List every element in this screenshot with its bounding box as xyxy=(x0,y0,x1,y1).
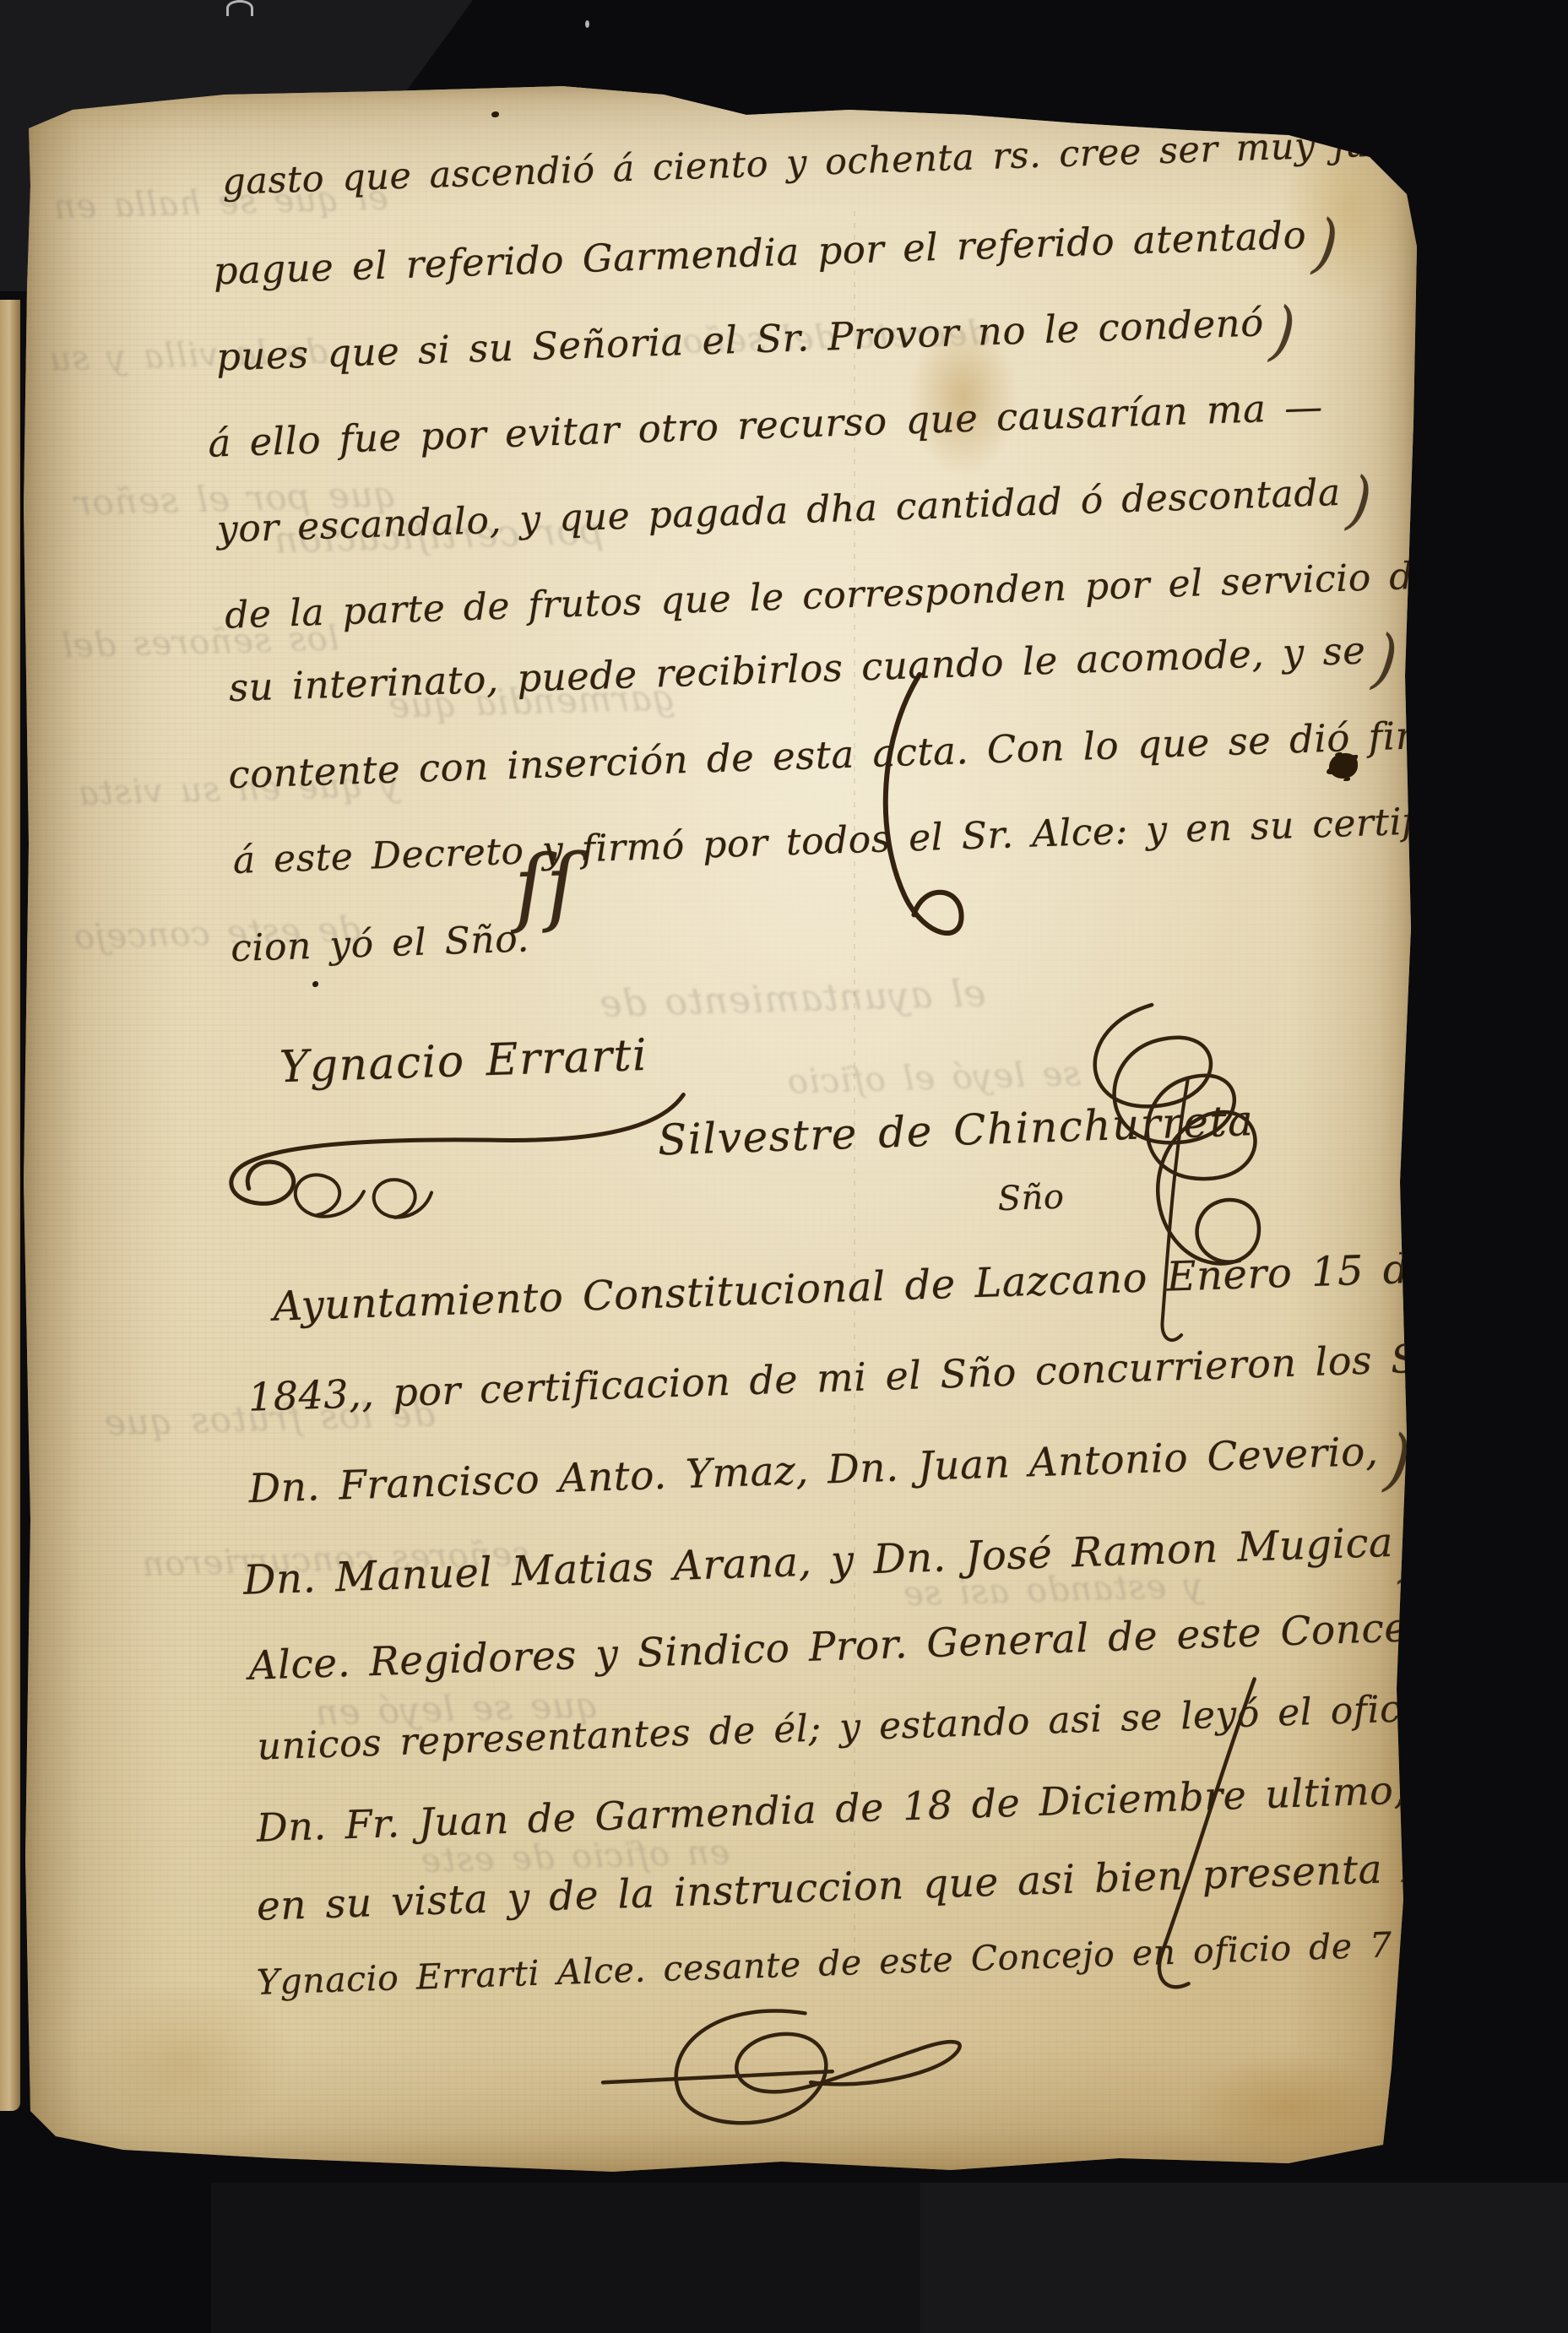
manuscript-photo: { "page": { "folio_number": "162", "para… xyxy=(0,0,1568,2333)
manuscript-line: cion yó el Sño. xyxy=(231,920,530,968)
signature-silvestre-de-chinchurreta: Silvestre de Chinchurreta xyxy=(657,1099,1255,1161)
rubric-flourish-left xyxy=(217,1082,694,1241)
manuscript-line: Alce. Regidores y Sindico Pror. General … xyxy=(248,1607,1446,1686)
manuscript-text-layer: 162 Ygnacio Errarti Silvestre de Chinchu… xyxy=(15,45,1478,2185)
signature-ygnacio-errarti: Ygnacio Errarti xyxy=(279,1034,648,1089)
manuscript-line: Ygnacio Errarti Alce. cesante de este Co… xyxy=(256,1923,1545,2000)
manuscript-line: Dn. Francisco Anto. Ymaz, Dn. Juan Anton… xyxy=(248,1430,1412,1528)
closing-rubric-flourish xyxy=(551,1986,1012,2145)
folio-number: 162 xyxy=(1249,84,1318,126)
manuscript-line: Ayuntamiento Constitucional de Lazcano E… xyxy=(273,1248,1435,1327)
backdrop-lower-panel-right xyxy=(920,2183,1568,2333)
manuscript-line: contente con inserción de esta acta. Con… xyxy=(228,716,1421,794)
manuscript-line: á ello fue por evitar otro recurso que c… xyxy=(208,388,1324,463)
manuscript-line: pues que si su Señoria el Sr. Provor no … xyxy=(215,302,1296,395)
manuscript-line: pague el referido Garmendia por el refer… xyxy=(213,214,1338,309)
dust-speck xyxy=(585,20,589,28)
manuscript-line: gasto que ascendió á ciento y ochenta rs… xyxy=(222,124,1457,220)
manuscript-line: á este Decreto y firmó por todos el Sr. … xyxy=(232,800,1528,880)
previous-page-edge xyxy=(0,300,20,2111)
manuscript-line: ſſ xyxy=(513,844,578,930)
manuscript-line: 1843,, por certificacion de mi el Sño co… xyxy=(247,1337,1481,1416)
manuscript-page: el que se halla ende la villa y suque po… xyxy=(22,84,1417,2180)
manuscript-line: Dn. Manuel Matias Arana, y Dn. José Ramo… xyxy=(242,1521,1427,1620)
manuscript-line: yor escandalo, y que pagada dha cantidad… xyxy=(216,473,1372,567)
dust-fiber xyxy=(226,0,253,16)
manuscript-line: unicos representantes de él; y estando a… xyxy=(257,1688,1501,1766)
descender-flourish-c xyxy=(845,665,1006,958)
signature-title-escribano: Sño xyxy=(997,1180,1065,1217)
